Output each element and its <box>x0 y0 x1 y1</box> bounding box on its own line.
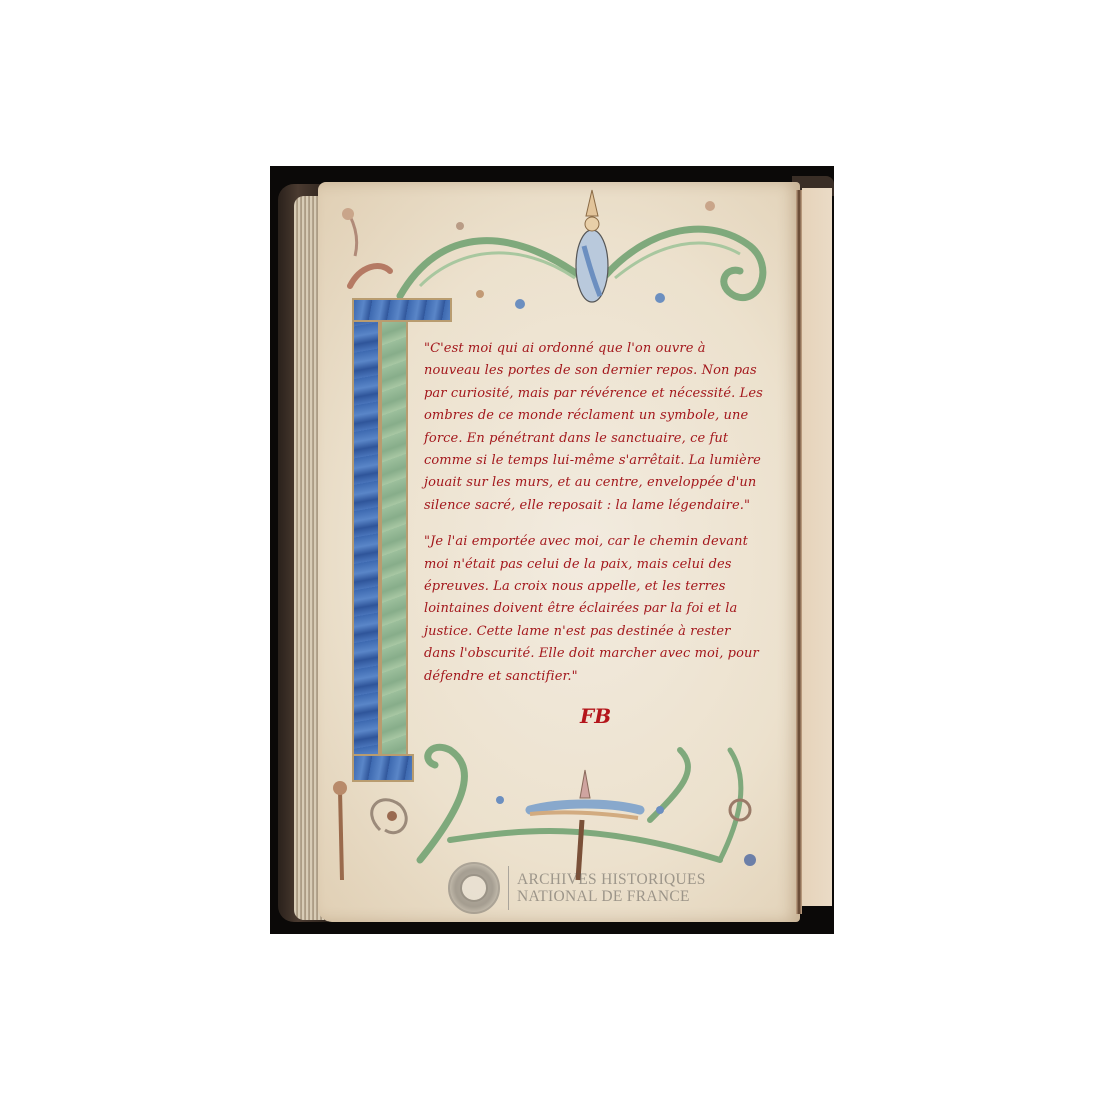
text-line: jouait sur les murs, et au centre, envel… <box>424 472 796 494</box>
watermark-text: ARCHIVES HISTORIQUES NATIONAL DE FRANCE <box>517 871 706 905</box>
paragraph-2: "Je l'ai emportée avec moi, car le chemi… <box>424 531 796 688</box>
text-line: silence sacré, elle reposait : la lame l… <box>424 495 796 517</box>
text-line: épreuves. La croix nous appelle, et les … <box>424 576 796 598</box>
facing-page <box>802 188 832 906</box>
text-line: défendre et sanctifier." <box>424 666 796 688</box>
text-line: "Je l'ai emportée avec moi, car le chemi… <box>424 531 796 553</box>
text-line: dans l'obscurité. Elle doit marcher avec… <box>424 643 796 665</box>
text-line: moi n'était pas celui de la paix, mais c… <box>424 554 796 576</box>
watermark-line-1: ARCHIVES HISTORIQUES <box>517 871 706 888</box>
border-green-band <box>380 320 408 760</box>
text-line: force. En pénétrant dans le sanctuaire, … <box>424 428 796 450</box>
text-line: par curiosité, mais par révérence et néc… <box>424 383 796 405</box>
text-line: "C'est moi qui ai ordonné que l'on ouvre… <box>424 338 796 360</box>
seal-icon <box>448 862 500 914</box>
text-line: lointaines doivent être éclairées par la… <box>424 598 796 620</box>
archive-watermark: ARCHIVES HISTORIQUES NATIONAL DE FRANCE <box>448 862 706 914</box>
manuscript-text: "C'est moi qui ai ordonné que l'on ouvre… <box>424 338 796 702</box>
signature: FB <box>580 704 611 728</box>
border-top-cap <box>352 298 452 322</box>
watermark-divider <box>508 866 509 910</box>
text-line: nouveau les portes de son dernier repos.… <box>424 360 796 382</box>
text-line: ombres de ce monde réclament un symbole,… <box>424 405 796 427</box>
watermark-line-2: NATIONAL DE FRANCE <box>517 888 706 905</box>
text-line: comme si le temps lui-même s'arrêtait. L… <box>424 450 796 472</box>
paragraph-1: "C'est moi qui ai ordonné que l'on ouvre… <box>424 338 796 517</box>
text-line: justice. Cette lame n'est pas destinée à… <box>424 621 796 643</box>
